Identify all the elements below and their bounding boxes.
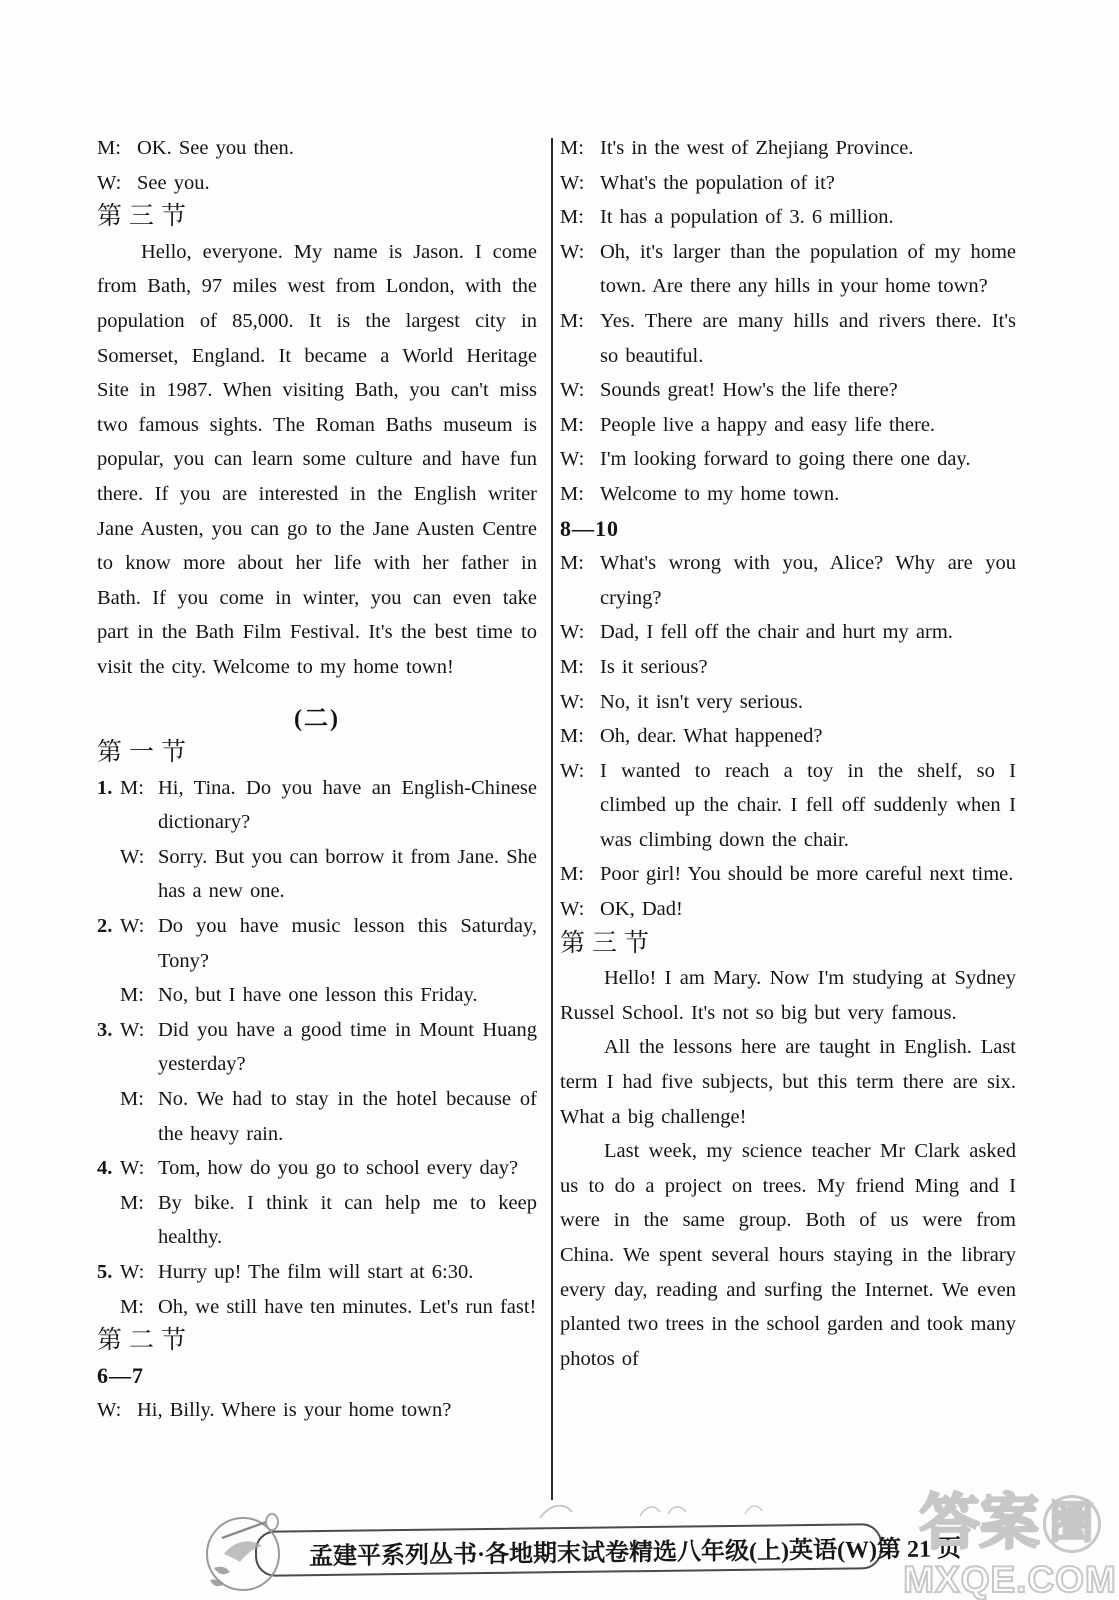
item-number: 1. [97,771,112,806]
turn-text: What's wrong with you, Alice? Why are yo… [600,552,1016,609]
section-heading: 第一节 [97,736,537,771]
speaker-label: M: [120,978,144,1013]
turn-text: Sounds great! How's the life there? [600,379,898,401]
turn-text: It's in the west of Zhejiang Province. [600,137,913,159]
dialogue-turn: W: No, it isn't very serious. [560,685,1016,720]
turn-text: Sorry. But you can borrow it from Jane. … [158,846,537,903]
turn-text: No, but I have one lesson this Friday. [158,984,478,1006]
turn-text: Do you have music lesson this Saturday, … [158,915,537,972]
dialogue-turn: W: Tom, how do you go to school every da… [158,1151,537,1186]
turn-text: Poor girl! You should be more careful ne… [600,863,1013,885]
dialogue-turn: M: Welcome to my home town. [560,477,1016,512]
speaker-label: W: [560,373,584,408]
answer-watermark: 答案 圈 MXQE.COM [903,1492,1117,1600]
dialogue-turn: W: What's the population of it? [560,166,1016,201]
dialogue-turn: M: Poor girl! You should be more careful… [560,857,1016,892]
turn-text: OK, Dad! [600,898,683,920]
numbered-dialogue: 1. M: Hi, Tina. Do you have an English-C… [97,771,537,909]
dialogue-turn: W: Sorry. But you can borrow it from Jan… [158,840,537,909]
speaker-label: W: [560,754,584,789]
speaker-label: M: [560,719,584,754]
dialogue-turn: M: People live a happy and easy life the… [560,408,1016,443]
dialogue-turn: M: Oh, we still have ten minutes. Let's … [158,1290,537,1325]
watermark-site-text: MXQE.COM [903,1559,1117,1600]
dialogue-turn: M: What's wrong with you, Alice? Why are… [560,546,1016,615]
speaker-label: W: [97,166,121,201]
speaker-label: M: [120,1290,144,1325]
speaker-label: M: [560,304,584,339]
dialogue-turn: M: No. We had to stay in the hotel becau… [158,1082,537,1151]
speaker-label: W: [120,1013,144,1048]
column-divider [551,138,553,1500]
dialogue-turn: M: Is it serious? [560,650,1016,685]
speaker-label: M: [560,857,584,892]
dialogue-turn: M: By bike. I think it can help me to ke… [158,1186,537,1255]
speaker-label: W: [560,442,584,477]
part-two-heading: (二) [97,702,537,737]
speaker-label: W: [97,1393,121,1428]
dialogue-turn: W: Hi, Billy. Where is your home town? [97,1393,537,1428]
publisher-logo-icon [200,1510,286,1596]
scanned-textbook-page: M: OK. See you then. W: See you. 第三节 Hel… [0,0,1119,1600]
turn-text: By bike. I think it can help me to keep … [158,1192,537,1249]
turn-text: Hurry up! The film will start at 6:30. [158,1261,473,1283]
speaker-label: M: [560,650,584,685]
dialogue-turn: M: No, but I have one lesson this Friday… [158,978,537,1013]
speaker-label: W: [560,892,584,927]
numbered-dialogue: 2. W: Do you have music lesson this Satu… [97,909,537,1013]
dialogue-turn: M: Yes. There are many hills and rivers … [560,304,1016,373]
speaker-label: M: [97,131,121,166]
footer-bar: 孟建平系列丛书·各地期末试卷精选 八年级(上)英语(W) 第 21 页 [255,1523,883,1577]
speaker-label: M: [560,200,584,235]
speaker-label: W: [120,840,144,875]
dialogue-turn: W: Do you have music lesson this Saturda… [158,909,537,978]
numbered-dialogue: 4. W: Tom, how do you go to school every… [97,1151,537,1255]
dialogue-turn: M: Oh, dear. What happened? [560,719,1016,754]
watermark-circled-char: 圈 [1043,1495,1101,1553]
speaker-label: M: [120,1186,144,1221]
turn-text: Hi, Tina. Do you have an English-Chinese… [158,777,537,834]
dialogue-turn: W: Hurry up! The film will start at 6:30… [158,1255,537,1290]
dialogue-turn: W: Sounds great! How's the life there? [560,373,1016,408]
speaker-label: W: [560,685,584,720]
speaker-label: W: [120,909,144,944]
monologue-paragraph: Hello! I am Mary. Now I'm studying at Sy… [560,961,1016,1030]
turn-text: Oh, dear. What happened? [600,725,823,747]
turn-text: I'm looking forward to going there one d… [600,448,970,470]
turn-text: What's the population of it? [600,172,835,194]
turn-text: People live a happy and easy life there. [600,414,935,436]
dialogue-turn: M: Hi, Tina. Do you have an English-Chin… [158,771,537,840]
turn-text: Oh, we still have ten minutes. Let's run… [158,1296,536,1318]
speaker-label: W: [120,1255,144,1290]
watermark-brand: 答案 圈 [903,1492,1117,1555]
turn-text: Yes. There are many hills and rivers the… [600,310,1016,367]
speaker-label: M: [560,131,584,166]
monologue-paragraph: Hello, everyone. My name is Jason. I com… [97,235,537,685]
turn-text: Dad, I fell off the chair and hurt my ar… [600,621,953,643]
turn-text: I wanted to reach a toy in the shelf, so… [600,760,1016,851]
section-heading: 第二节 [97,1324,537,1359]
dialogue-turn: W: I wanted to reach a toy in the shelf,… [560,754,1016,858]
question-range: 8—10 [560,512,1016,547]
item-number: 3. [97,1013,112,1048]
dialogue-turn: M: It's in the west of Zhejiang Province… [560,131,1016,166]
turn-text: Oh, it's larger than the population of m… [600,241,1016,298]
speaker-label: M: [560,477,584,512]
numbered-dialogue: 5. W: Hurry up! The film will start at 6… [97,1255,537,1324]
left-column: M: OK. See you then. W: See you. 第三节 Hel… [97,131,537,1428]
pencil-scribble [520,1492,780,1526]
monologue-paragraph: Last week, my science teacher Mr Clark a… [560,1134,1016,1376]
speaker-label: M: [560,546,584,581]
dialogue-turn: W: Did you have a good time in Mount Hua… [158,1013,537,1082]
speaker-label: W: [120,1151,144,1186]
speaker-label: W: [560,615,584,650]
question-range: 6—7 [97,1359,537,1394]
numbered-dialogue: 3. W: Did you have a good time in Mount … [97,1013,537,1151]
item-number: 2. [97,909,112,944]
dialogue-turn: W: Oh, it's larger than the population o… [560,235,1016,304]
turn-text: Did you have a good time in Mount Huang … [158,1019,537,1076]
section-heading: 第三节 [560,927,1016,962]
turn-text: No, it isn't very serious. [600,691,803,713]
turn-text: Hi, Billy. Where is your home town? [137,1399,451,1421]
turn-text: OK. See you then. [137,137,294,159]
dialogue-turn: W: See you. [97,166,537,201]
speaker-label: M: [120,771,144,806]
right-column: M: It's in the west of Zhejiang Province… [560,131,1016,1376]
item-number: 4. [97,1151,112,1186]
turn-text: No. We had to stay in the hotel because … [158,1088,537,1145]
item-number: 5. [97,1255,112,1290]
speaker-label: M: [560,408,584,443]
turn-text: Tom, how do you go to school every day? [158,1157,518,1179]
dialogue-turn: W: OK, Dad! [560,892,1016,927]
dialogue-turn: M: OK. See you then. [97,131,537,166]
watermark-brand-text: 答案 [920,1492,1040,1555]
dialogue-turn: W: I'm looking forward to going there on… [560,442,1016,477]
speaker-label: M: [120,1082,144,1117]
turn-text: Is it serious? [600,656,708,678]
turn-text: Welcome to my home town. [600,483,839,505]
monologue-paragraph: All the lessons here are taught in Engli… [560,1030,1016,1134]
speaker-label: W: [560,235,584,270]
footer-series-title: 孟建平系列丛书·各地期末试卷精选 [309,1531,677,1570]
section-heading: 第三节 [97,200,537,235]
footer-edition: 八年级(上)英语(W) [677,1529,877,1566]
turn-text: It has a population of 3. 6 million. [600,206,894,228]
turn-text: See you. [137,172,210,194]
dialogue-turn: W: Dad, I fell off the chair and hurt my… [560,615,1016,650]
dialogue-turn: M: It has a population of 3. 6 million. [560,200,1016,235]
speaker-label: W: [560,166,584,201]
